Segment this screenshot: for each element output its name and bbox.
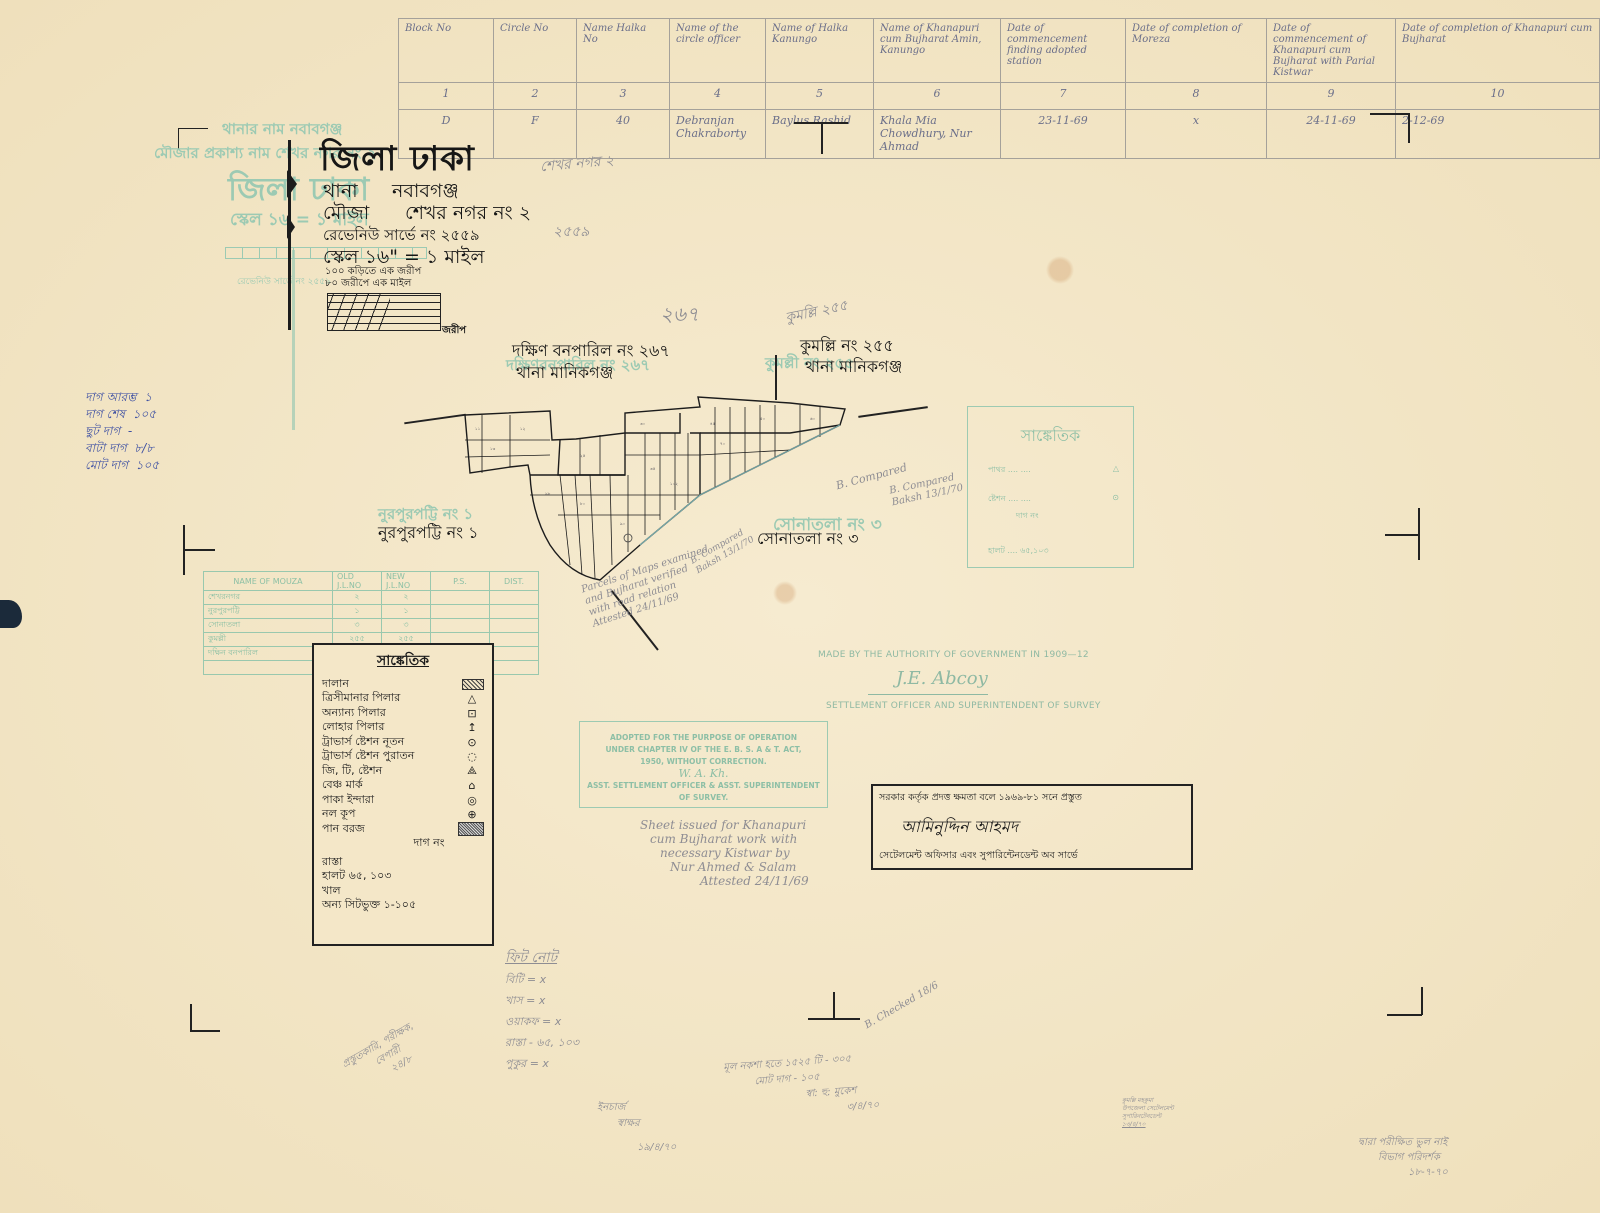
header-cell: Date of completion of Khanapuri cum Bujh… [1396, 19, 1600, 83]
pencil-mouza-note: শেখর নগর ২ [539, 149, 615, 179]
pencil-bottom-right-note: দ্বারা পরীক্ষিত ভুল নাই বিভাগ পরিদর্শক ১… [1358, 1135, 1448, 1180]
plot-count-row: মোট দাগ ১০৫ [85, 457, 159, 474]
registration-mark [183, 525, 185, 575]
plot-count-row: দাগ আরম্ভ ১ [85, 389, 159, 406]
header-cell: Name of the circle officer [670, 19, 766, 83]
header-table: Block No Circle No Name Halka No Name of… [398, 18, 1600, 159]
neighbor-north-east-thana: থানা মানিকগঞ্জ [805, 354, 902, 381]
header-table-headers: Block No Circle No Name Halka No Name of… [399, 19, 1600, 83]
scale-bar [327, 293, 441, 331]
boundary-extension-line [858, 406, 928, 417]
pencil-field-list: ফিট নোট বিটি = x খাস = x ওয়াকফ = x রাস্… [505, 948, 579, 1074]
mouza-table-row: সোনাতলা৩৩ [204, 619, 539, 633]
value-cell: 2-12-69 [1396, 110, 1600, 159]
svg-text:১৩: ১৩ [490, 446, 496, 451]
registration-mark [1370, 113, 1409, 115]
iron-pillar-icon: ↥ [460, 721, 484, 734]
plot-count-row: দাগ শেষ ১০৫ [85, 406, 159, 423]
mouza-table-row: শেখরনগর২২ [204, 591, 539, 605]
pencil-bottom-center-left-note: ইনচার্জ স্বাক্ষর ১৯/৪/৭০ [597, 1100, 676, 1156]
authority-made-by: MADE BY THE AUTHORITY OF GOVERNMENT IN 1… [818, 650, 1089, 660]
plot-count-notes: দাগ আরম্ভ ১ দাগ শেষ ১০৫ ছুট দাগ - বাটা দ… [85, 389, 159, 474]
number-cell: 9 [1267, 83, 1396, 110]
value-cell: Debranjan Chakraborty [670, 110, 766, 159]
registration-mark [183, 549, 215, 551]
number-cell: 10 [1396, 83, 1600, 110]
svg-text:৫০: ৫০ [760, 416, 766, 421]
svg-text:৯৮: ৯৮ [545, 491, 551, 496]
boundary-extension-line [404, 414, 466, 424]
green-legend-culvert: হালট .... ৬৫,১০৩ [988, 545, 1133, 558]
registration-mark [833, 992, 835, 1019]
svg-text:১২: ১২ [520, 426, 526, 431]
value-cell: F [494, 110, 577, 159]
header-cell: Block No [399, 19, 494, 83]
header-cell: Date of commencement finding adopted sta… [1001, 19, 1126, 83]
svg-text:৭০: ৭০ [720, 441, 726, 446]
authority-signature-line [868, 694, 988, 695]
number-cell: 5 [766, 83, 874, 110]
value-cell: x [1126, 110, 1267, 159]
registration-mark [190, 1004, 192, 1031]
gt-station-icon: ⟁ [460, 764, 484, 778]
header-cell: Name Halka No [577, 19, 670, 83]
mouza-table-header: NAME OF MOUZA OLD J.L.NO NEW J.L.NO P.S.… [204, 572, 539, 591]
mouza-header-cell: NAME OF MOUZA [204, 572, 333, 591]
header-cell: Date of commencement of Khanapuri cum Bu… [1267, 19, 1396, 83]
station-icon: ⊙ [1112, 493, 1119, 506]
legend-item: পান বরজ [314, 822, 492, 837]
header-cell: Circle No [494, 19, 577, 83]
header-cell: Name of Khanapuri cum Bujharat Amin, Kan… [874, 19, 1001, 83]
green-legend-plot-no: দাগ নং [1016, 510, 1133, 523]
value-cell: Khala Mia Chowdhury, Nur Ahmad [874, 110, 1001, 159]
map-sheet: Block No Circle No Name Halka No Name of… [0, 0, 1600, 1213]
number-cell: 2 [494, 83, 577, 110]
betel-garden-hatch-icon [458, 822, 484, 836]
legend-culvert: হালট ৬৫, ১০৩ [314, 870, 492, 885]
registration-mark [1418, 508, 1420, 560]
registration-mark [1421, 987, 1423, 1015]
tube-well-icon: ⊕ [460, 808, 484, 821]
green-legend-item: ষ্টেশন .... ....⊙ [968, 493, 1133, 506]
registration-mark [1385, 534, 1419, 536]
svg-text:৯০: ৯০ [620, 521, 626, 526]
header-table-numbers: 1 2 3 4 5 6 7 8 9 10 [399, 83, 1600, 110]
scale-note-2: ৮০ জরীপে এক মাইল [325, 276, 411, 293]
registration-mark [1408, 113, 1410, 143]
authority-officer: SETTLEMENT OFFICER AND SUPERINTENDENT OF… [826, 701, 1101, 711]
svg-text:৮০: ৮০ [580, 501, 586, 506]
neighbor-north-west-thana: থানা মানিকগঞ্জ [516, 360, 613, 387]
svg-text:১১: ১১ [475, 426, 481, 431]
green-legend-title: সাঙ্কেতিক [968, 423, 1133, 450]
number-cell: 3 [577, 83, 670, 110]
number-cell: 1 [399, 83, 494, 110]
number-cell: 7 [1001, 83, 1126, 110]
title-border-wedge [287, 215, 295, 239]
ghost-border-line [292, 250, 295, 430]
pencil-bottom-left-note: প্রস্তুতকারি, পরীক্ষক, বেপারী ২৪/৮ [340, 1020, 430, 1096]
legend-title: সাঙ্কেতিক [314, 649, 492, 673]
svg-text:৬০: ৬০ [810, 416, 816, 421]
registration-mark [178, 128, 208, 129]
plot-count-row: বাটা দাগ ৮/৮ [85, 440, 159, 457]
registration-mark [1387, 1014, 1422, 1016]
mouza-header-cell: OLD J.L.NO [333, 572, 382, 591]
ghost-revenue: রেভেনিউ সার্ভে নং ২৫৫৯ [237, 274, 331, 289]
plot-count-row: ছুট দাগ - [85, 423, 159, 440]
pencil-neighbor-ne: কুমল্লি ২৫৫ [783, 294, 850, 331]
adoption-stamp: ADOPTED FOR THE PURPOSE OF OPERATION UND… [579, 721, 828, 808]
header-cell: Date of completion of Moreza [1126, 19, 1267, 83]
mouza-table-row: নুরপুরপট্টি১১ [204, 605, 539, 619]
mouza-header-cell: NEW J.L.NO [382, 572, 431, 591]
pencil-neighbor-nw: ২৬৭ [660, 300, 699, 333]
svg-text:২৫: ২৫ [580, 453, 586, 458]
title-border-wedge [287, 170, 297, 198]
number-cell: 6 [874, 83, 1001, 110]
value-cell: 23-11-69 [1001, 110, 1126, 159]
boundary-extension-line [775, 355, 777, 400]
green-legend-box: সাঙ্কেতিক পাথর .... ....△ ষ্টেশন .... ..… [967, 406, 1134, 568]
pencil-stamp-bottom: কুমল্লি মহকুমা উপজেলা সেটেলমেন্ট সুপারিন… [1122, 1097, 1174, 1129]
legend-other-sheet: অন্য সিটভুক্ত ১-১০৫ [314, 899, 492, 914]
bench-mark-icon: ⌂ [460, 779, 484, 792]
pencil-sheet-issued-note: Sheet issued for Khanapuri cum Bujharat … [640, 818, 809, 888]
other-pillar-icon: ⊡ [460, 707, 484, 720]
svg-text:৩৫: ৩৫ [650, 466, 656, 471]
masonry-well-icon: ◎ [460, 794, 484, 807]
pencil-survey-number: ২৫৫৯ [553, 220, 589, 244]
authority-signature: J.E. Abcoy [896, 668, 988, 689]
traverse-station-new-icon: ⊙ [460, 736, 484, 749]
legend-box: সাঙ্কেতিক দালান ত্রিসীমানার পিলার△ অন্যা… [312, 643, 494, 946]
stone-icon: △ [1113, 464, 1119, 477]
svg-text:৩০: ৩০ [640, 421, 646, 426]
bangla-stamp-signature: আমিনুদ্দিন আহমদ [901, 814, 1191, 841]
torn-edge [0, 600, 22, 628]
tri-junction-pillar-icon: △ [460, 692, 484, 705]
registration-mark [821, 122, 823, 154]
header-cell: Name of Halka Kanungo [766, 19, 874, 83]
svg-text:৪৫: ৪৫ [710, 421, 716, 426]
pencil-checked-note: B. Compared Baksh 13/1/70 [888, 471, 964, 510]
pencil-bottom-center-note: মূল নকশা হতে ১৫২৫ টি - ৩০৫ মোট দাগ - ১০৫… [723, 1050, 880, 1124]
number-cell: 8 [1126, 83, 1267, 110]
value-cell: 24-11-69 [1267, 110, 1396, 159]
pencil-checked-tick: B. Checked 18/6 [863, 980, 941, 1031]
green-legend-item: পাথর .... ....△ [968, 464, 1133, 477]
mouza-header-cell: DIST. [490, 572, 539, 591]
svg-text:১০২: ১০২ [670, 481, 678, 486]
registration-mark [190, 1030, 220, 1032]
building-hatch-icon [462, 679, 484, 690]
mouza-header-cell: P.S. [431, 572, 490, 591]
scale-unit: জরীপ [442, 323, 466, 340]
value-cell: Baylus Rashid [766, 110, 874, 159]
bangla-authority-stamp: সরকার কর্তৃক প্রদত্ত ক্ষমতা বলে ১৯৬৯-৮১ … [871, 784, 1193, 870]
traverse-station-old-icon: ◌ [460, 750, 484, 763]
number-cell: 4 [670, 83, 766, 110]
